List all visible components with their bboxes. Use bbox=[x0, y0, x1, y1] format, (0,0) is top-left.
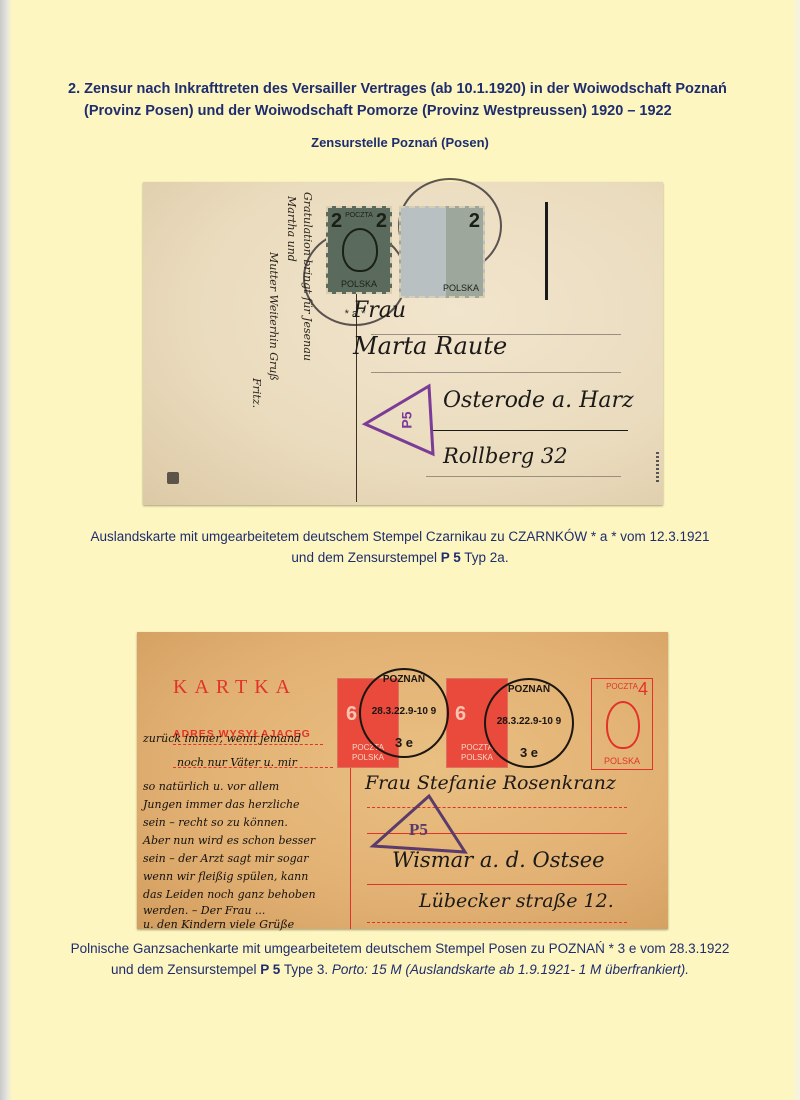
censor-mark-label: P5 bbox=[399, 411, 415, 428]
message-line: sein – recht so zu können. bbox=[143, 816, 288, 829]
stamp-2-marki-left: POCZTA 2 2 POLSKA bbox=[326, 206, 392, 294]
postmark-left: POZNAŃ 28.3.22.9-10 9 3 e bbox=[359, 668, 449, 758]
message-line: das Leiden noch ganz behoben bbox=[143, 888, 316, 901]
message-line: Jungen immer das herzliche bbox=[143, 798, 300, 811]
eagle-emblem-icon bbox=[342, 228, 378, 272]
message-line: so natürlich u. vor allem bbox=[143, 780, 279, 793]
message-line: noch nur Väter u. mir bbox=[177, 756, 297, 769]
caption-card-2-line1: Polnische Ganzsachenkarte mit umgearbeit… bbox=[0, 938, 800, 959]
printer-mark bbox=[656, 452, 659, 482]
address-underline bbox=[433, 430, 628, 431]
address-line: Marta Raute bbox=[353, 332, 507, 360]
postcard-1: Gratulation bringt für Jesenau Martha un… bbox=[143, 182, 663, 505]
message-line: u. den Kindern viele Grüße bbox=[143, 918, 294, 931]
postmark-right: POZNAŃ 28.3.22.9-10 9 3 e bbox=[484, 678, 574, 768]
address-line: Frau Stefanie Rosenkranz bbox=[365, 772, 616, 794]
page-title: 2. Zensur nach Inkrafttreten des Versail… bbox=[68, 78, 768, 122]
message-line: sein – der Arzt sagt mir sogar bbox=[143, 852, 308, 865]
message-line: Mutter Weiterhin Gruß bbox=[267, 252, 280, 381]
postmark-bar bbox=[545, 202, 548, 300]
caption-card-1: Auslandskarte mit umgearbeitetem deutsch… bbox=[0, 526, 800, 568]
caption-card-1-line2: und dem Zensurstempel P 5 Typ 2a. bbox=[0, 547, 800, 568]
message-line: Martha und bbox=[285, 196, 298, 262]
caption-card-2-line2: und dem Zensurstempel P 5 Type 3. Porto:… bbox=[0, 959, 800, 980]
page-title-line1: 2. Zensur nach Inkrafttreten des Versail… bbox=[68, 81, 727, 97]
section-subheading: Zensurstelle Poznań (Posen) bbox=[0, 135, 800, 150]
message-line: werden. – Der Frau ... bbox=[143, 904, 265, 917]
eagle-emblem-icon bbox=[606, 701, 640, 749]
postcard-2: KARTKA ADRES WYSYŁAJĄCEG 6 POCZTAPOLSKA … bbox=[137, 632, 668, 929]
address-line: Frau bbox=[353, 298, 406, 323]
printed-stamp-indicium: POCZTA 4 POLSKA bbox=[591, 678, 653, 770]
address-line: Lübecker straße 12. bbox=[419, 890, 614, 912]
caption-card-2: Polnische Ganzsachenkarte mit umgearbeit… bbox=[0, 938, 800, 980]
message-line: zurück immer, wenn jemand bbox=[143, 732, 301, 745]
message-line: Fritz. bbox=[250, 378, 263, 408]
card-divider bbox=[350, 760, 351, 929]
address-line: Rollberg 32 bbox=[443, 444, 568, 468]
card-title: KARTKA bbox=[173, 676, 297, 699]
censor-mark-label: P5 bbox=[409, 820, 428, 840]
caption-card-1-line1: Auslandskarte mit umgearbeitetem deutsch… bbox=[0, 526, 800, 547]
page-title-line2: (Provinz Posen) und der Woiwodschaft Pom… bbox=[68, 100, 768, 122]
message-line: Aber nun wird es schon besser bbox=[143, 834, 315, 847]
publisher-logo bbox=[167, 472, 179, 484]
stamp-2-marki-right: 2 POLSKA bbox=[399, 206, 485, 298]
address-line: Osterode a. Harz bbox=[443, 388, 634, 413]
message-line: wenn wir fleißig spülen, kann bbox=[143, 870, 308, 883]
